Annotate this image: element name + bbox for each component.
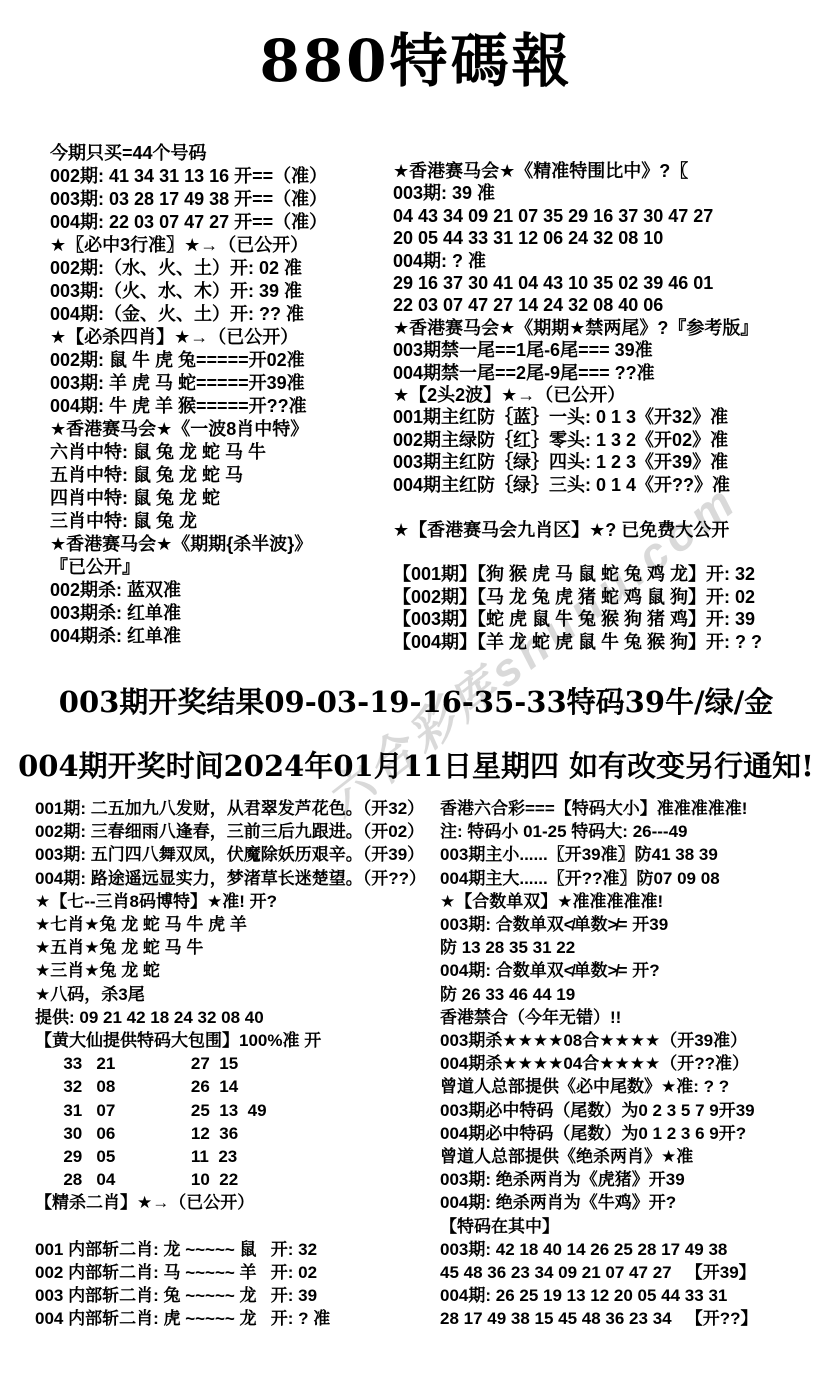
text-line: 【003期】【蛇 虎 鼠 牛 兔 猴 狗 猪 鸡】开: 39 <box>393 608 762 630</box>
text-line: 今期只买=44个号码 <box>50 142 327 165</box>
newspaper-sheet: 880特碼報 六合彩库shuuu.com 今期只买=44个号码002期: 41 … <box>0 0 832 1388</box>
text-line: 004期: 牛 虎 羊 猴=====开??准 <box>50 395 327 418</box>
text-line: 45 48 36 23 34 09 21 07 47 27 【开39】 <box>440 1261 758 1284</box>
text-line: 04 43 34 09 21 07 35 29 16 37 30 47 27 <box>393 205 762 227</box>
text-line: 【001期】【狗 猴 虎 马 鼠 蛇 兔 鸡 龙】开: 32 <box>393 563 762 585</box>
text-line: 004期: 绝杀两肖为《牛鸡》开? <box>440 1191 758 1214</box>
text-line <box>393 496 762 518</box>
text-line: 四肖中特: 鼠 兔 龙 蛇 <box>50 487 327 510</box>
text-line: 【黄大仙提供特码大包围】100%准 开 <box>35 1029 426 1052</box>
text-line: 003期禁一尾==1尾-6尾=== 39准 <box>393 339 762 361</box>
text-line: 004期: ? 准 <box>393 250 762 272</box>
text-line: 001 内部斩二肖: 龙 ~~~~~ 鼠 开: 32 <box>35 1238 426 1261</box>
text-line: 004期禁一尾==2尾-9尾=== ??准 <box>393 362 762 384</box>
text-line: 防 13 28 35 31 22 <box>440 936 758 959</box>
text-line: 29 16 37 30 41 04 43 10 35 02 39 46 01 <box>393 272 762 294</box>
text-line: ★【香港赛马会九肖区】★? 已免费大公开 <box>393 519 762 541</box>
text-line: 002期杀: 蓝双准 <box>50 579 327 602</box>
text-line: 六肖中特: 鼠 兔 龙 蛇 马 牛 <box>50 441 327 464</box>
text-line: 曾道人总部提供《必中尾数》★准: ? ? <box>440 1075 758 1098</box>
text-line: ★【合数单双】★准准准准准! <box>440 890 758 913</box>
text-line: 004期必中特码（尾数）为0 1 2 3 6 9开? <box>440 1122 758 1145</box>
text-line: 004期: 合数单双≮单数≯= 开? <box>440 959 758 982</box>
text-line: 香港六合彩===【特码大小】准准准准准! <box>440 797 758 820</box>
top-left-column: 今期只买=44个号码002期: 41 34 31 13 16 开==（准）003… <box>50 142 327 648</box>
text-line: ★【2头2波】★→（已公开） <box>393 384 762 406</box>
text-line: 002 内部斩二肖: 马 ~~~~~ 羊 开: 02 <box>35 1261 426 1284</box>
text-line: 【002期】【马 龙 兔 虎 猪 蛇 鸡 鼠 狗】开: 02 <box>393 586 762 608</box>
top-right-column: ★香港赛马会★《精准特围比中》?〖003期: 39 准04 43 34 09 2… <box>393 160 762 653</box>
text-line: 33 21 27 15 <box>35 1052 426 1075</box>
text-line: ★七肖★兔 龙 蛇 马 牛 虎 羊 <box>35 913 426 936</box>
text-line: ★香港赛马会★《一波8肖中特》 <box>50 418 327 441</box>
text-line: ★香港赛马会★《期期{杀半波}》 <box>50 533 327 556</box>
text-line: 003期: 绝杀两肖为《虎猪》开39 <box>440 1168 758 1191</box>
text-line: 002期: 三春细雨八逢春，三前三后九跟进。（开02） <box>35 820 426 843</box>
text-line: 003期: 39 准 <box>393 182 762 204</box>
text-line: 003期: 五门四八舞双凤，伏魔除妖历艰辛。（开39） <box>35 843 426 866</box>
text-line: 20 05 44 33 31 12 06 24 32 08 10 <box>393 227 762 249</box>
bottom-left-column: 001期: 二五加九八发财，从君翠发芦花色。（开32）002期: 三春细雨八逢春… <box>35 797 426 1331</box>
text-line: ★〖必中3行准〗★→（已公开） <box>50 234 327 257</box>
text-line: ★【七--三肖8码博特】★准! 开? <box>35 890 426 913</box>
text-line: ★三肖★兔 龙 蛇 <box>35 959 426 982</box>
text-line: 香港禁合（今年无错）!! <box>440 1006 758 1029</box>
text-line: 三肖中特: 鼠 兔 龙 <box>50 510 327 533</box>
text-line: 003期杀: 红单准 <box>50 602 327 625</box>
text-line: 001期主红防｛蓝｝一头: 0 1 3《开32》准 <box>393 406 762 428</box>
text-line: 『已公开』 <box>50 556 327 579</box>
bottom-right-column: 香港六合彩===【特码大小】准准准准准!注: 特码小 01-25 特码大: 26… <box>440 797 758 1331</box>
text-line: 32 08 26 14 <box>35 1075 426 1098</box>
text-line: 22 03 07 47 27 14 24 32 08 40 06 <box>393 294 762 316</box>
text-line: ★八码，杀3尾 <box>35 983 426 1006</box>
text-line: 五肖中特: 鼠 兔 龙 蛇 马 <box>50 464 327 487</box>
text-line: 002期:（水、火、土）开: 02 准 <box>50 257 327 280</box>
text-line: 004期:（金、火、土）开: ?? 准 <box>50 303 327 326</box>
text-line: 003期: 羊 虎 马 蛇=====开39准 <box>50 372 327 395</box>
draw-result-line: 003期开奖结果09-03-19-16-35-33特码39牛/绿/金 <box>0 680 832 721</box>
text-line: 注: 特码小 01-25 特码大: 26---49 <box>440 820 758 843</box>
text-line: 003期: 03 28 17 49 38 开==（准） <box>50 188 327 211</box>
text-line: ★【必杀四肖】★→（已公开） <box>50 326 327 349</box>
page: { "title": "880特碼報", "watermark": "六合彩库s… <box>0 0 832 1388</box>
text-line: 003期主红防｛绿｝四头: 1 2 3《开39》准 <box>393 451 762 473</box>
text-line: 004期杀★★★★04合★★★★（开??准） <box>440 1052 758 1075</box>
text-line: 防 26 33 46 44 19 <box>440 983 758 1006</box>
text-line: 【004期】【羊 龙 蛇 虎 鼠 牛 兔 猴 狗】开: ? ? <box>393 631 762 653</box>
text-line: 003期主小......〖开39准〗防41 38 39 <box>440 843 758 866</box>
text-line: ★香港赛马会★《期期★禁两尾》?『参考版』 <box>393 317 762 339</box>
text-line: 004期: 26 25 19 13 12 20 05 44 33 31 <box>440 1284 758 1307</box>
text-line: 曾道人总部提供《绝杀两肖》★准 <box>440 1145 758 1168</box>
text-line: 003期:（火、水、木）开: 39 准 <box>50 280 327 303</box>
text-line: 002期: 鼠 牛 虎 兔=====开02准 <box>50 349 327 372</box>
text-line: 002期主绿防｛红｝零头: 1 3 2《开02》准 <box>393 429 762 451</box>
text-line: 003期: 42 18 40 14 26 25 28 17 49 38 <box>440 1238 758 1261</box>
text-line: 001期: 二五加九八发财，从君翠发芦花色。（开32） <box>35 797 426 820</box>
text-line: 003期杀★★★★08合★★★★（开39准） <box>440 1029 758 1052</box>
text-line: 提供: 09 21 42 18 24 32 08 40 <box>35 1006 426 1029</box>
text-line: 003期必中特码（尾数）为0 2 3 5 7 9开39 <box>440 1099 758 1122</box>
text-line: ★五肖★兔 龙 蛇 马 牛 <box>35 936 426 959</box>
page-title: 880特碼報 <box>0 14 832 98</box>
text-line: 31 07 25 13 49 <box>35 1099 426 1122</box>
text-line: 【精杀二肖】★→（已公开） <box>35 1191 426 1214</box>
result-banner: 003期开奖结果09-03-19-16-35-33特码39牛/绿/金 004期开… <box>0 680 832 785</box>
text-line: 002期: 41 34 31 13 16 开==（准） <box>50 165 327 188</box>
text-line: 28 04 10 22 <box>35 1168 426 1191</box>
text-line: 【特码在其中】 <box>440 1215 758 1238</box>
text-line: 004期杀: 红单准 <box>50 625 327 648</box>
text-line: 004期主大......〖开??准〗防07 09 08 <box>440 867 758 890</box>
text-line: ★香港赛马会★《精准特围比中》?〖 <box>393 160 762 182</box>
text-line: 004期: 路途遥远显实力，梦渚草长迷楚望。（开??） <box>35 867 426 890</box>
text-line: 004期主红防｛绿｝三头: 0 1 4《开??》准 <box>393 474 762 496</box>
text-line: 28 17 49 38 15 45 48 36 23 34 【开??】 <box>440 1307 758 1330</box>
text-line: 003 内部斩二肖: 兔 ~~~~~ 龙 开: 39 <box>35 1284 426 1307</box>
text-line: 004 内部斩二肖: 虎 ~~~~~ 龙 开: ? 准 <box>35 1307 426 1330</box>
text-line: 004期: 22 03 07 47 27 开==（准） <box>50 211 327 234</box>
draw-time-line: 004期开奖时间2024年01月11日星期四 如有改变另行通知! <box>0 744 832 785</box>
text-line <box>393 541 762 563</box>
text-line: 30 06 12 36 <box>35 1122 426 1145</box>
text-line: 003期: 合数单双≮单数≯= 开39 <box>440 913 758 936</box>
text-line: 29 05 11 23 <box>35 1145 426 1168</box>
text-line <box>35 1215 426 1238</box>
